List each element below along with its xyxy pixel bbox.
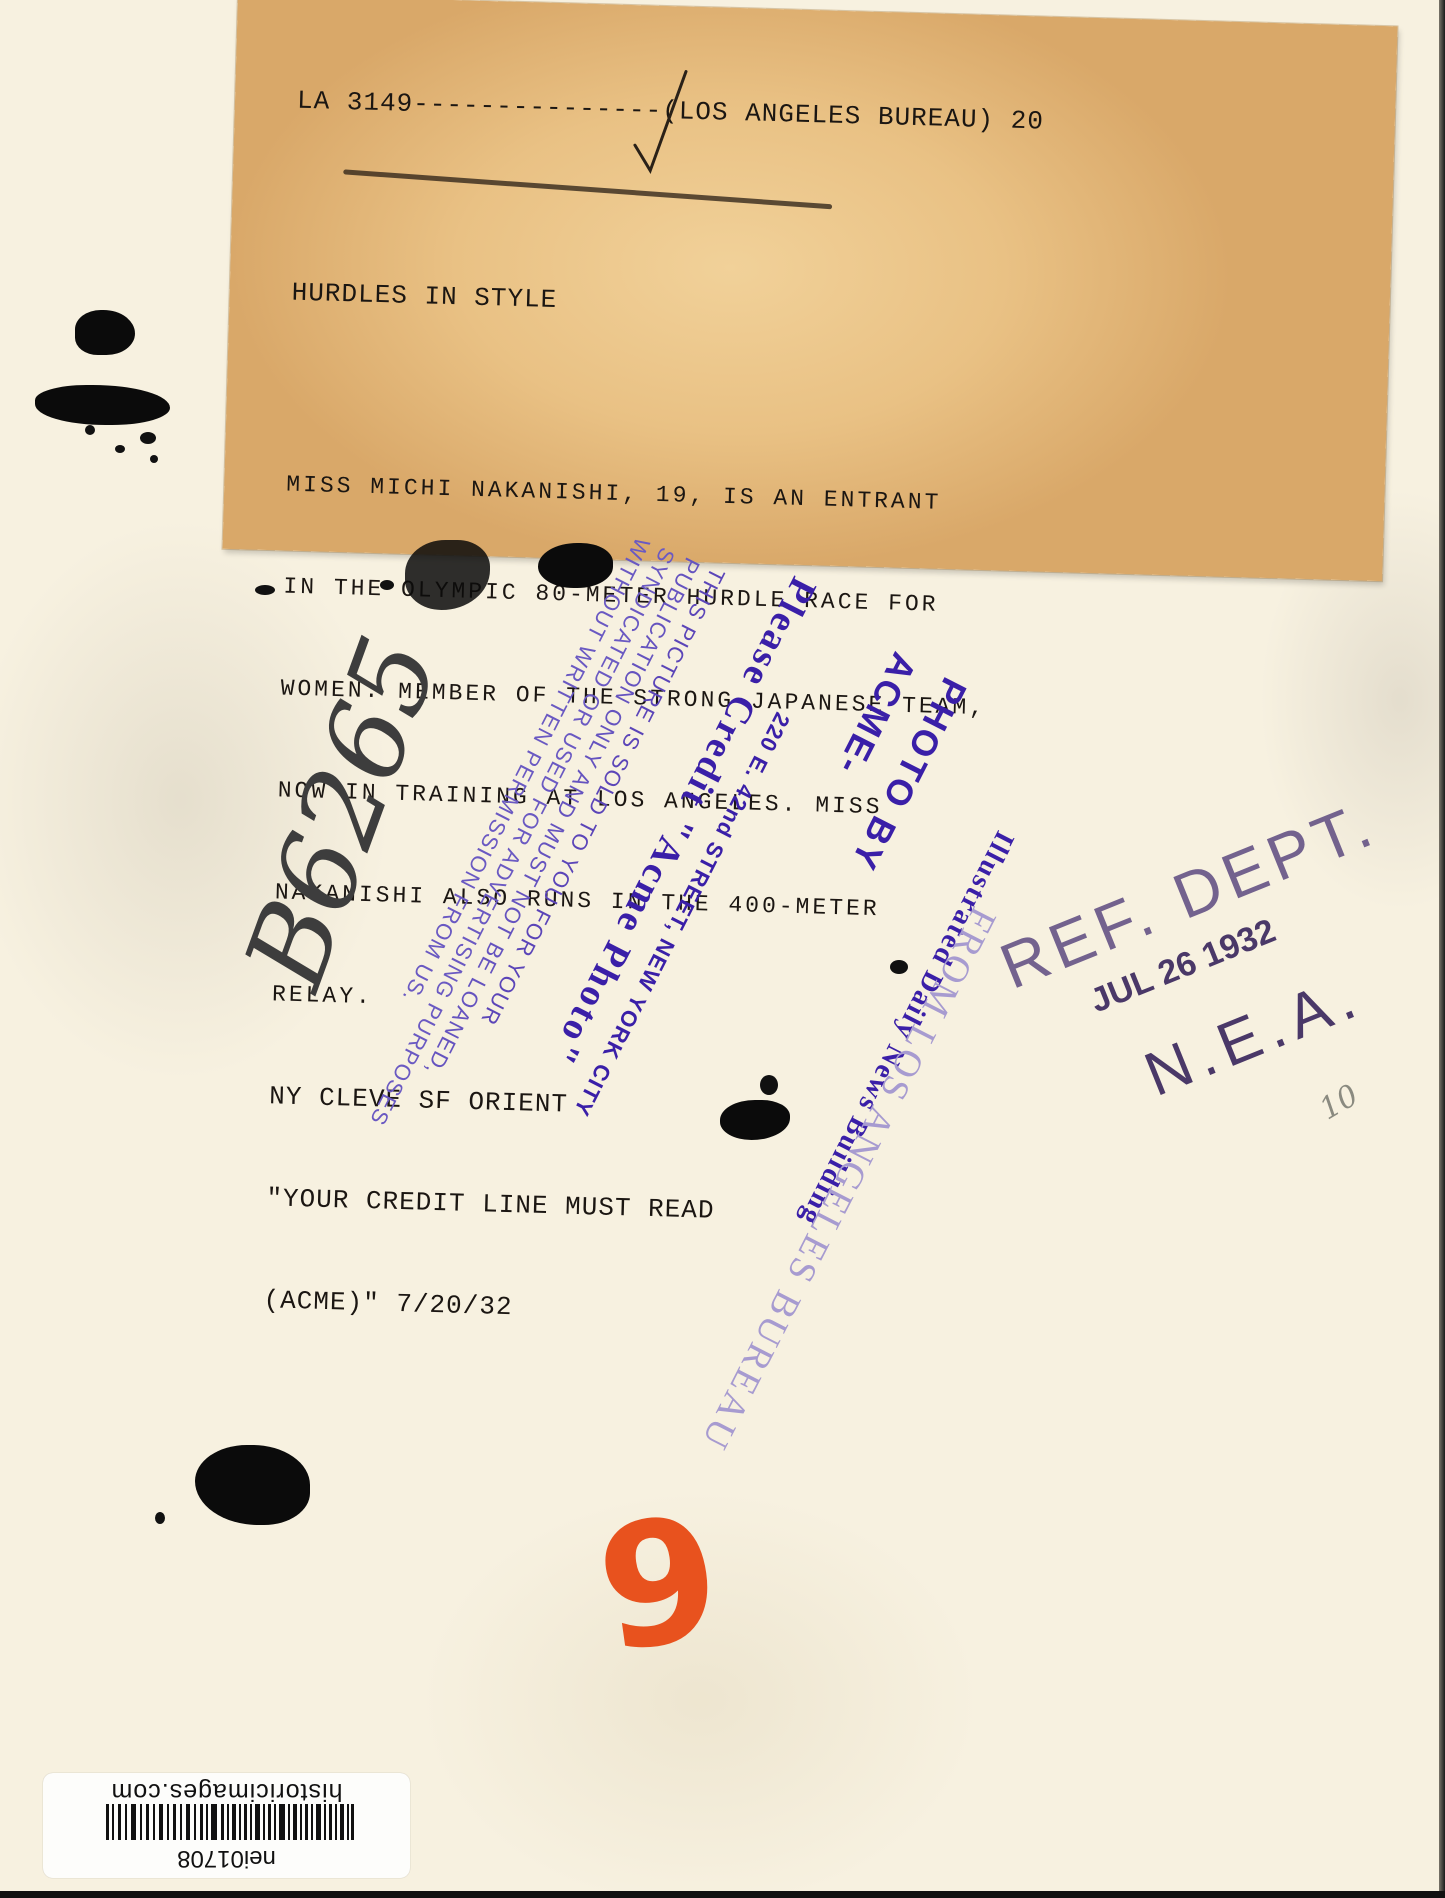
ink-blot (538, 543, 613, 588)
caption-bureau: (LOS ANGELES BUREAU) 20 (662, 96, 1045, 137)
label-id: nei01708 (43, 1844, 410, 1872)
check-mark-icon (628, 65, 691, 177)
crayon-mark: 9 (589, 1493, 730, 1678)
barcode (106, 1804, 354, 1840)
caption-card: LA 3149---------------(LOS ANGELES BUREA… (223, 0, 1398, 581)
scan-edge-right (1439, 0, 1445, 1898)
ink-blot (75, 310, 135, 355)
caption-id: LA 3149 (297, 86, 414, 119)
label-site: historicimages.com (43, 1777, 410, 1806)
caption-headline: HURDLES IN STYLE (291, 276, 1039, 331)
caption-credit-line-2: (ACME)" 7/20/32 (263, 1283, 1011, 1338)
caption-credit-line-1: "YOUR CREDIT LINE MUST READ (266, 1181, 1014, 1236)
barcode-icon (106, 1804, 354, 1840)
caption-body-line: MISS MICHI NAKANISHI, 19, IS AN ENTRANT (286, 468, 1034, 523)
caption-dashes: --------------- (413, 89, 663, 126)
scan-edge-bottom (0, 1891, 1445, 1898)
archive-label: nei01708 historicimages.com (43, 1773, 410, 1878)
